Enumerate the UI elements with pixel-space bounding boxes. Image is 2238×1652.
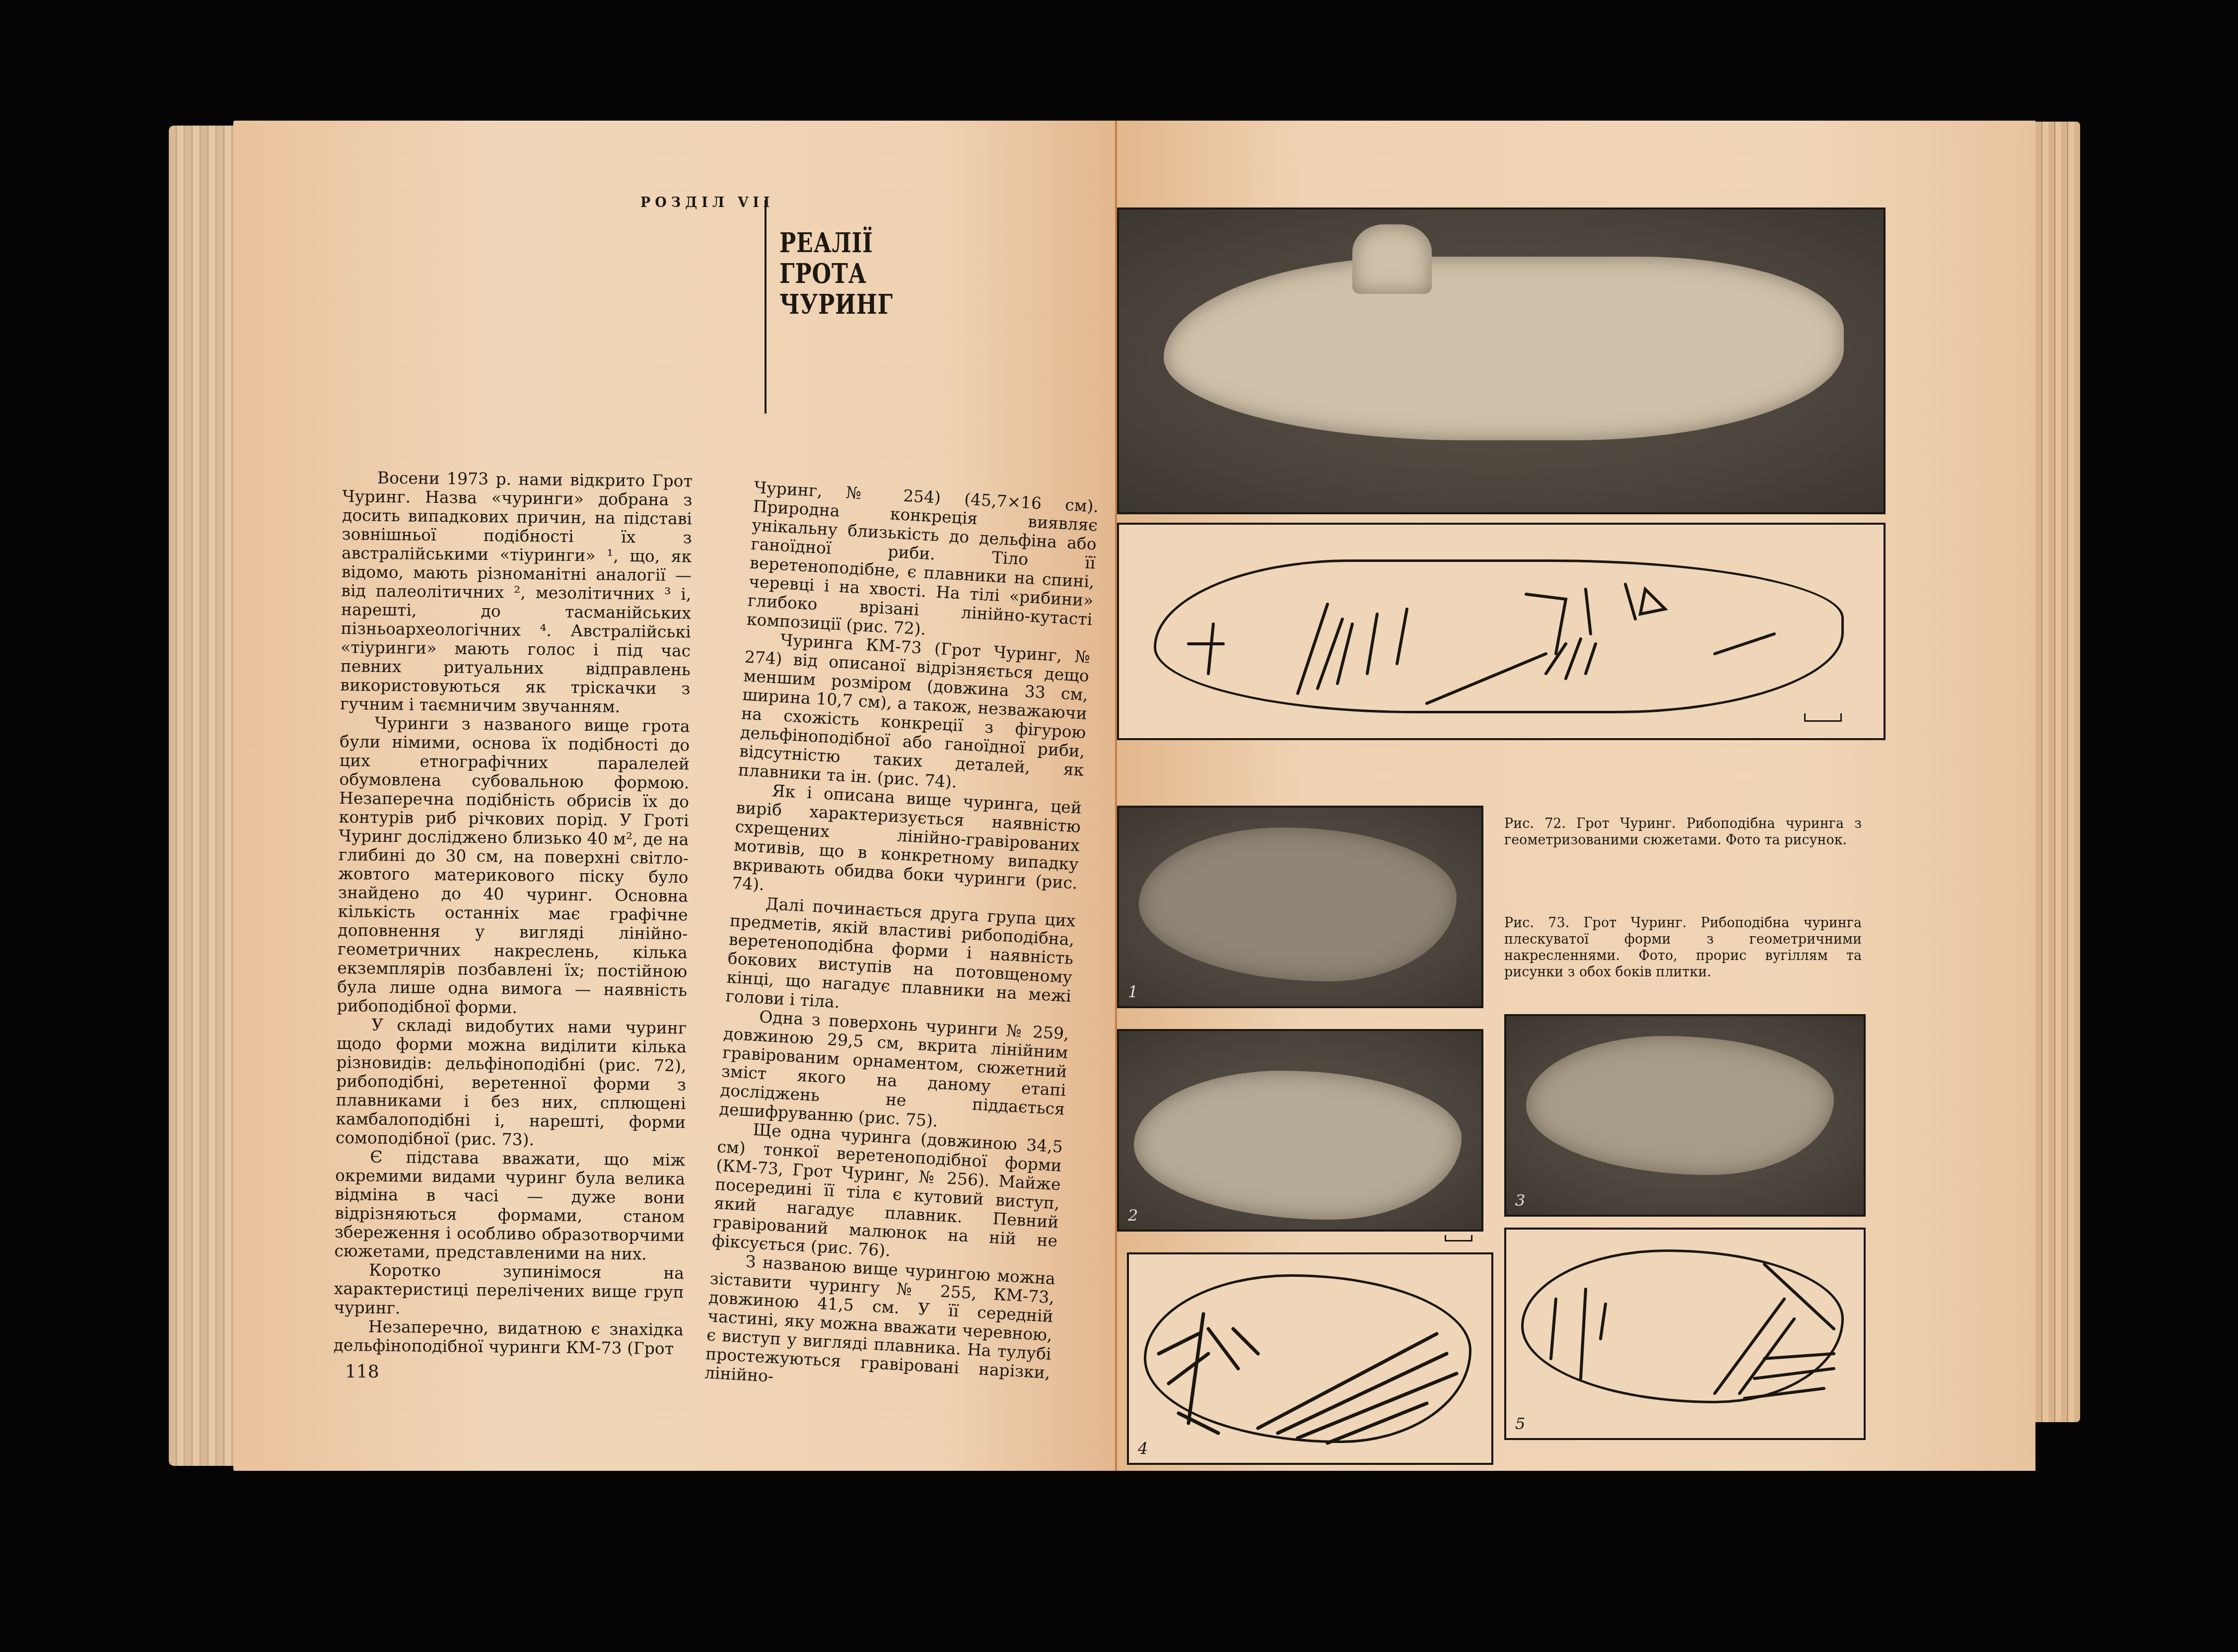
figure-73-panel-3: 3 xyxy=(1504,1014,1866,1217)
paragraph: Ще одна чуринга (довжиною 34,5 см) тонко… xyxy=(711,1118,1063,1269)
caption-text: Рис. 72. Грот Чуринг. Рибоподібна чуринг… xyxy=(1504,816,1862,848)
figure-73-panel-4: 4 xyxy=(1127,1252,1493,1465)
flat-stone-photo xyxy=(1134,1071,1462,1220)
page-number: 118 xyxy=(345,1362,379,1382)
paragraph: Одна з поверхонь чуринги № 259, довжиною… xyxy=(719,1005,1070,1137)
paragraph: У складі видобутих нами чуринг щодо форм… xyxy=(336,1015,687,1151)
figure-73-panel-1: 1 xyxy=(1117,806,1483,1008)
chapter-title-line: РЕАЛІЇ xyxy=(779,227,893,258)
figure-72-caption: Рис. 72. Грот Чуринг. Рибоподібна чуринг… xyxy=(1504,816,1862,848)
engraving-lines-icon xyxy=(1506,1230,1864,1438)
chapter-title-line: ЧУРИНГ xyxy=(779,289,893,320)
flat-stone-photo xyxy=(1526,1036,1834,1175)
chapter-title: РЕАЛІЇ ГРОТА ЧУРИНГ xyxy=(779,227,893,320)
paragraph: Є підстава вважати, що між окремими вида… xyxy=(334,1147,685,1264)
right-page: 1 Рис. 72. Грот Чуринг. Рибоподібна чури… xyxy=(1117,121,2035,1471)
panel-number: 5 xyxy=(1515,1414,1525,1433)
open-book: РОЗДІЛ VII РЕАЛІЇ ГРОТА ЧУРИНГ Восени 19… xyxy=(164,112,2080,1531)
paragraph: Незаперечно, видатною є знахідка дельфін… xyxy=(333,1317,684,1358)
chapter-title-line: ГРОТА xyxy=(779,258,893,289)
paragraph: Як і описана вище чуринга, цей виріб хар… xyxy=(731,779,1082,911)
paragraph: Восени 1973 р. нами відкрито Грот Чуринг… xyxy=(340,468,693,717)
fish-stone-photo xyxy=(1164,257,1844,440)
scale-bar xyxy=(1804,713,1842,722)
paragraph: Чуринга КМ-73 (Грот Чуринг, № 274) від о… xyxy=(738,629,1091,799)
left-page: РОЗДІЛ VII РЕАЛІЇ ГРОТА ЧУРИНГ Восени 19… xyxy=(233,121,1117,1471)
page-stack-right xyxy=(2035,122,2080,1422)
paragraph: Чуринги з названого вище грота були німи… xyxy=(337,713,690,1019)
figure-72-drawing xyxy=(1117,523,1886,740)
figure-73-caption: Рис. 73. Грот Чуринг. Рибоподібна чуринг… xyxy=(1504,915,1862,980)
panel-number: 2 xyxy=(1128,1206,1138,1225)
text-column-2: Чуринг, № 254) (45,7×16 см). Природна ко… xyxy=(704,478,1099,1401)
flat-stone-photo xyxy=(1139,827,1457,981)
scale-bar xyxy=(1445,1235,1472,1241)
figure-73-panel-2: 2 xyxy=(1117,1029,1483,1232)
page-stack-left xyxy=(169,126,233,1466)
panel-number: 3 xyxy=(1515,1191,1525,1210)
paragraph: Чуринг, № 254) (45,7×16 см). Природна ко… xyxy=(746,478,1099,648)
paragraph: Далі починається друга група цих предмет… xyxy=(725,893,1076,1025)
fish-stone-fin xyxy=(1352,224,1432,294)
text-column-1: Восени 1973 р. нами відкрито Грот Чуринг… xyxy=(333,468,693,1358)
chapter-label: РОЗДІЛ VII xyxy=(640,195,774,210)
title-vertical-rule xyxy=(765,200,767,413)
panel-number: 1 xyxy=(1128,982,1138,1001)
paragraph: З названою вище чурингою можна зіставити… xyxy=(704,1250,1056,1401)
engraving-lines-icon xyxy=(1129,1254,1491,1463)
engraving-lines-icon xyxy=(1119,525,1884,738)
caption-text: Рис. 73. Грот Чуринг. Рибоподібна чуринг… xyxy=(1504,915,1862,980)
figure-72-photo xyxy=(1117,207,1886,514)
panel-number: 4 xyxy=(1138,1439,1148,1458)
figure-73-panel-5: 5 xyxy=(1504,1228,1866,1440)
paragraph: Коротко зупинімося на характеристиці пер… xyxy=(334,1260,684,1320)
